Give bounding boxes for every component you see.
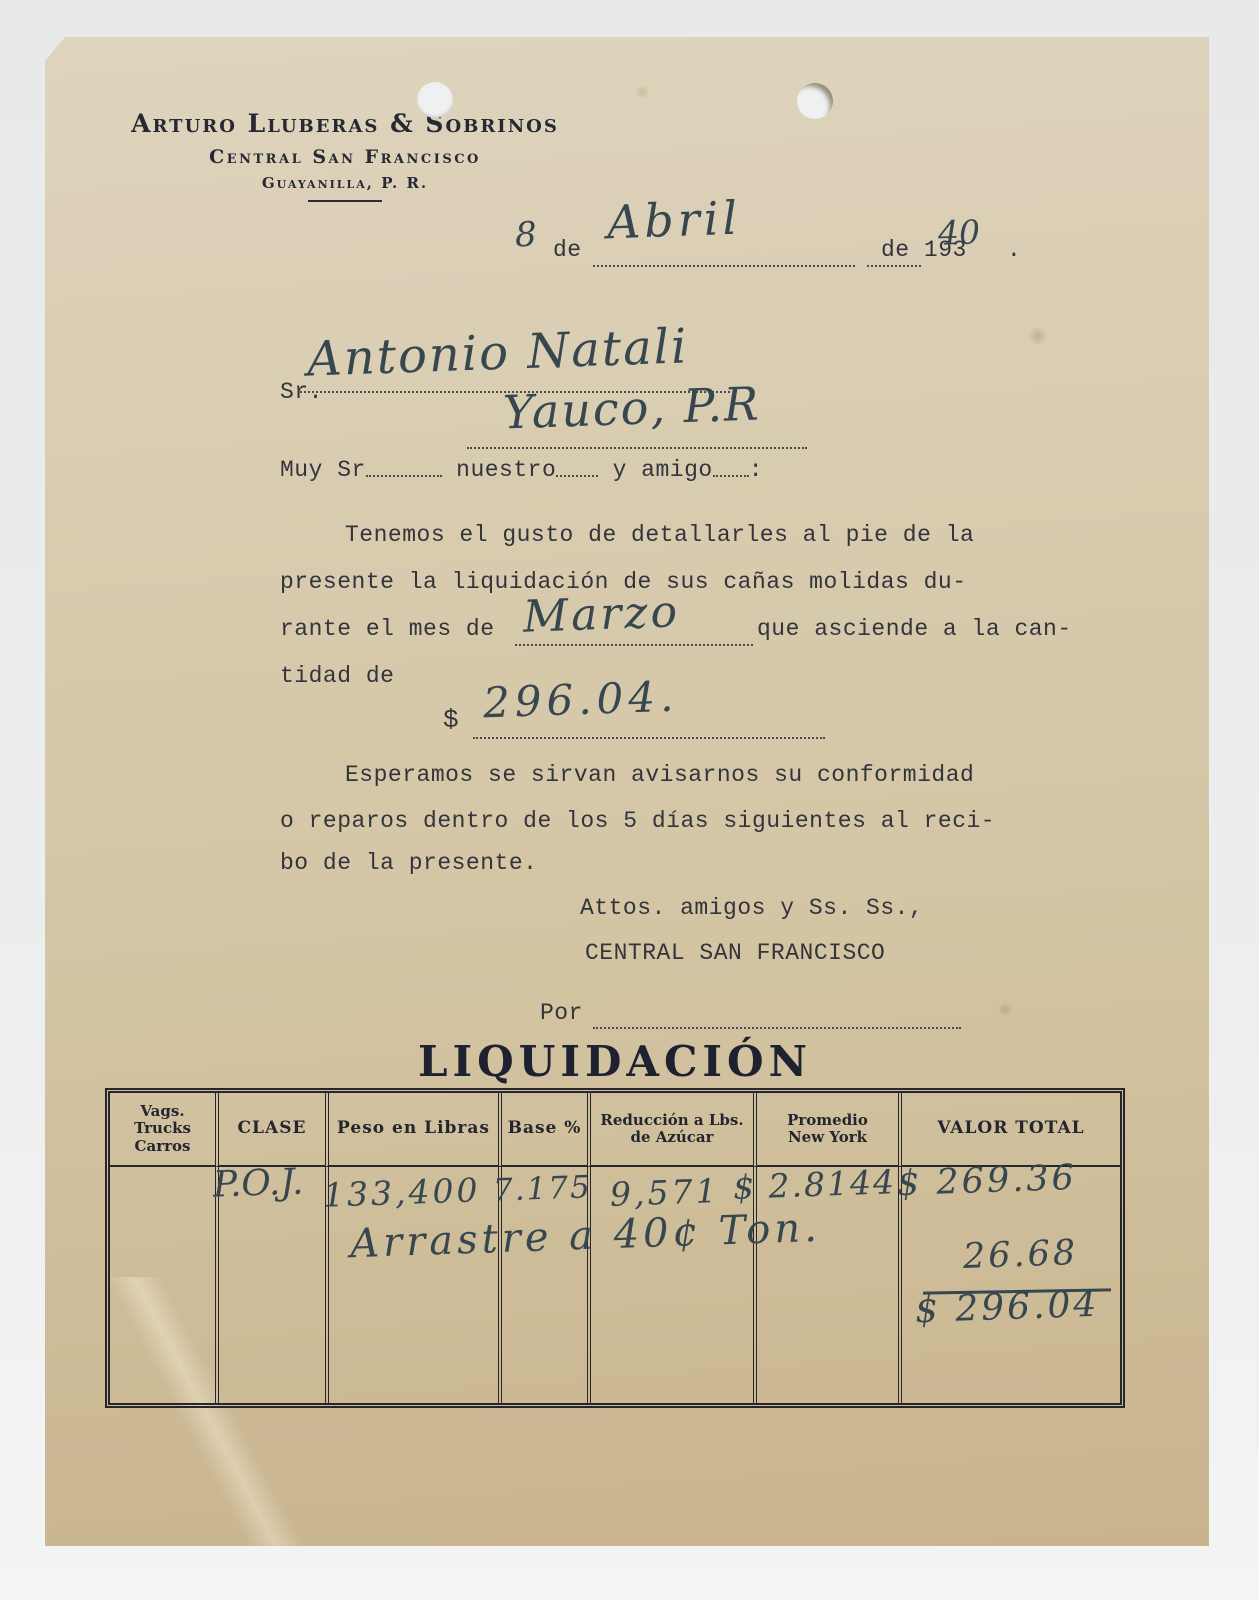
body1-line4: tidad de — [280, 663, 394, 689]
body2-line3: bo de la presente. — [280, 850, 537, 876]
col-header-reduccion: Reducción a Lbs. de Azúcar — [587, 1093, 753, 1167]
col-header-base: Base % — [498, 1093, 587, 1167]
amount-line — [473, 737, 825, 739]
date-de-label: de — [553, 237, 582, 263]
cell-promedio-handwritten: $ 2.8144 — [732, 1162, 896, 1207]
salutation-mid1: nuestro — [456, 457, 556, 483]
body2-line2: o reparos dentro de los 5 días siguiente… — [280, 808, 995, 834]
cell-reduccion-handwritten: 9,571 — [609, 1171, 720, 1214]
letterhead-location: Guayanilla, P. R. — [105, 174, 585, 192]
punch-hole-right — [797, 83, 833, 119]
col-body-vags — [110, 1167, 215, 1403]
letterhead-rule — [308, 200, 382, 202]
cell-peso-handwritten: 133,400 — [322, 1170, 481, 1214]
salutation-mid2: y amigo — [613, 457, 713, 483]
salutation-fill-1 — [366, 459, 442, 477]
col-header-vags: Vags. Trucks Carros — [110, 1093, 215, 1167]
addressee-city-handwritten: Yauco, P.R — [502, 377, 761, 440]
salutation-pre: Muy Sr — [280, 457, 366, 483]
document-paper: Arturo Lluberas & Sobrinos Central San F… — [45, 37, 1209, 1546]
col-header-peso: Peso en Libras — [325, 1093, 498, 1167]
total-value-handwritten: $ 296.04 — [914, 1284, 1100, 1331]
paper-stain — [997, 1003, 1013, 1016]
body2-line1: Esperamos se sirvan avisarnos su conform… — [345, 762, 974, 788]
date-year-handwritten: 40 — [937, 212, 980, 252]
body1-line1: Tenemos el gusto de detallarles al pie d… — [345, 522, 974, 548]
col-header-valor: VALOR TOTAL — [898, 1093, 1120, 1167]
addressee-name-handwritten: Antonio Natali — [306, 318, 689, 387]
col-header-promedio: Promedio New York — [753, 1093, 898, 1167]
amount-value-handwritten: 296.04. — [482, 672, 679, 728]
date-period: . — [1007, 237, 1021, 263]
col-header-clase: CLASE — [215, 1093, 325, 1167]
liquidacion-title: LIQUIDACIÓN — [105, 1037, 1125, 1086]
closing-attos: Attos. amigos y Ss. Ss., — [580, 895, 923, 921]
cell-valor-handwritten: $ 269.36 — [896, 1158, 1077, 1204]
month-fill-line — [515, 644, 753, 646]
cell-clase-handwritten: P.O.J. — [212, 1161, 304, 1205]
date-day-handwritten: 8 — [514, 215, 537, 256]
date-month-handwritten: Abril — [606, 191, 742, 250]
paper-stain — [1027, 327, 1049, 345]
body1-line3-post: que asciende a la can- — [757, 616, 1072, 642]
date-gap-line — [867, 265, 921, 267]
paper-stain — [633, 85, 651, 99]
arrastre-valor-handwritten: 26.68 — [962, 1233, 1079, 1277]
por-signature-line — [593, 1027, 961, 1029]
salutation-colon: : — [749, 457, 763, 483]
month-handwritten: Marzo — [522, 586, 681, 642]
por-label: Por — [540, 1000, 583, 1026]
letterhead: Arturo Lluberas & Sobrinos Central San F… — [105, 109, 585, 202]
letterhead-division: Central San Francisco — [105, 146, 585, 168]
amount-currency: $ — [443, 705, 459, 735]
addressee-city-line — [467, 447, 807, 449]
closing-company: CENTRAL SAN FRANCISCO — [585, 940, 885, 966]
date-month-line — [593, 265, 855, 267]
cell-base-handwritten: 7.175 — [492, 1169, 592, 1208]
punch-hole-left — [417, 82, 453, 118]
salutation-line: Muy Sr nuestro y amigo: — [280, 457, 763, 483]
salutation-fill-2 — [556, 459, 598, 477]
letterhead-company: Arturo Lluberas & Sobrinos — [105, 109, 585, 138]
salutation-fill-3 — [713, 459, 749, 477]
body1-line3-pre: rante el mes de — [280, 616, 495, 642]
